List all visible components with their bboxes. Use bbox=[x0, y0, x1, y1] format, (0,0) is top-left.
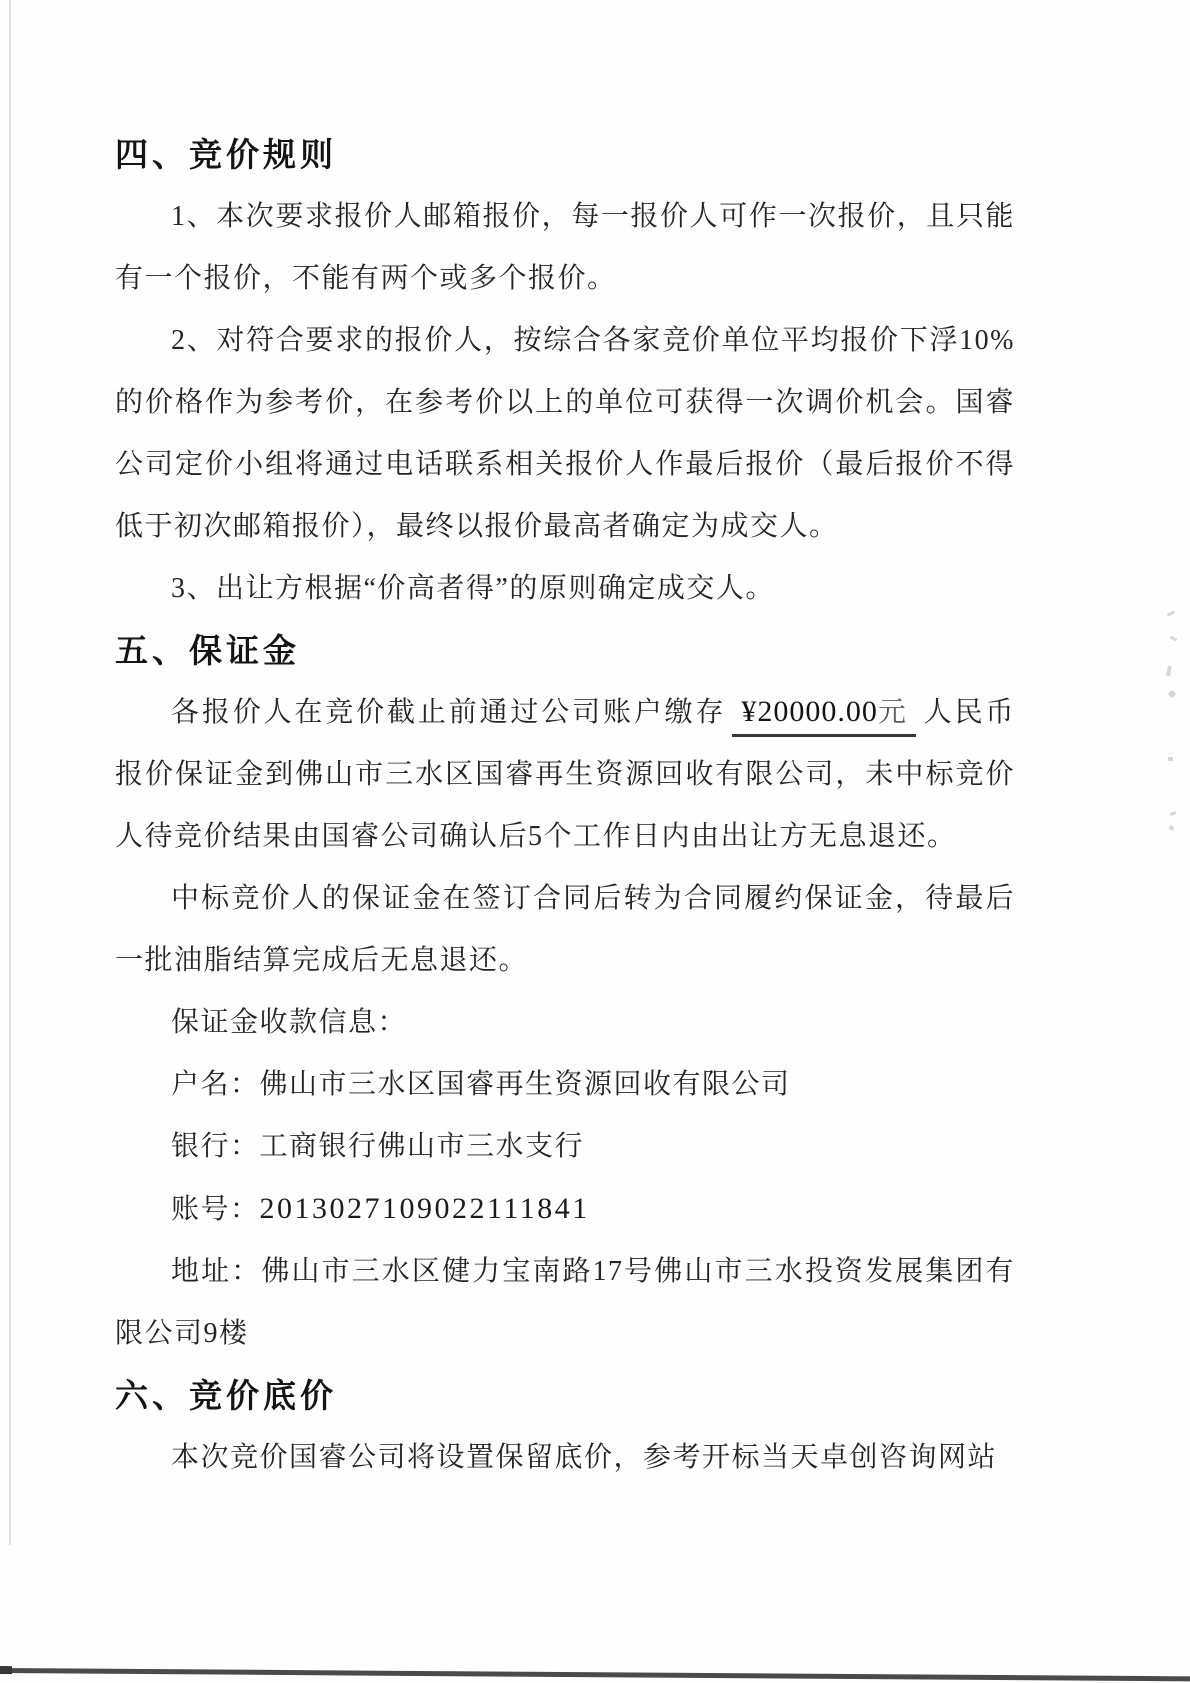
bank-value: 工商银行佛山市三水支行 bbox=[260, 1131, 585, 1162]
deposit-amount-unit: 元 bbox=[878, 697, 908, 728]
deposit-text-prefix: 各报价人在竞价截止前通过公司账户缴存 bbox=[171, 697, 726, 728]
document-page: 四、竞价规则 1、本次要求报价人邮箱报价，每一报价人可作一次报价，且只能有一个报… bbox=[0, 0, 1190, 1683]
deposit-amount-blank: ¥20000.00元 bbox=[732, 692, 916, 737]
paragraph-bidding-rule-2: 2、对符合要求的报价人，按综合各家竞价单位平均报价下浮10%的价格作为参考价，在… bbox=[115, 310, 1015, 558]
section-heading-bidding-rules: 四、竞价规则 bbox=[115, 124, 1015, 186]
account-number-value: 2013027109022111841 bbox=[260, 1192, 590, 1225]
scan-edge-line-bottom bbox=[0, 1668, 1190, 1681]
paragraph-deposit-payment: 各报价人在竞价截止前通过公司账户缴存¥20000.00元人民币报价保证金到佛山市… bbox=[115, 682, 1015, 868]
payment-info-account-name: 户名：佛山市三水区国睿再生资源回收有限公司 bbox=[115, 1054, 1015, 1116]
paragraph-bidding-rule-1: 1、本次要求报价人邮箱报价，每一报价人可作一次报价，且只能有一个报价，不能有两个… bbox=[115, 186, 1015, 310]
section-heading-reserve-price: 六、竞价底价 bbox=[115, 1365, 1015, 1427]
paragraph-bidding-rule-3: 3、出让方根据“价高者得”的原则确定成交人。 bbox=[115, 558, 1015, 620]
account-name-label: 户名： bbox=[171, 1069, 260, 1100]
paragraph-reserve-price: 本次竞价国睿公司将设置保留底价，参考开标当天卓创咨询网站 bbox=[115, 1427, 1015, 1489]
account-name-value: 佛山市三水区国睿再生资源回收有限公司 bbox=[260, 1069, 791, 1100]
address-label: 地址： bbox=[171, 1256, 261, 1287]
account-number-label: 账号： bbox=[171, 1194, 260, 1225]
bank-label: 银行： bbox=[171, 1131, 260, 1162]
payment-info-address: 地址：佛山市三水区健力宝南路17号佛山市三水投资发展集团有限公司9楼 bbox=[115, 1241, 1015, 1365]
document-content: 四、竞价规则 1、本次要求报价人邮箱报价，每一报价人可作一次报价，且只能有一个报… bbox=[0, 0, 1190, 1489]
payment-info-account-number: 账号：2013027109022111841 bbox=[115, 1178, 1015, 1241]
payment-info-title: 保证金收款信息： bbox=[115, 992, 1015, 1054]
deposit-amount-value: ¥20000.00 bbox=[741, 695, 878, 728]
payment-info-bank: 银行：工商银行佛山市三水支行 bbox=[115, 1116, 1015, 1178]
section-heading-deposit: 五、保证金 bbox=[115, 620, 1015, 682]
paragraph-deposit-conversion: 中标竞价人的保证金在签订合同后转为合同履约保证金，待最后一批油脂结算完成后无息退… bbox=[115, 868, 1015, 992]
scan-artifact-mark bbox=[1168, 757, 1173, 761]
